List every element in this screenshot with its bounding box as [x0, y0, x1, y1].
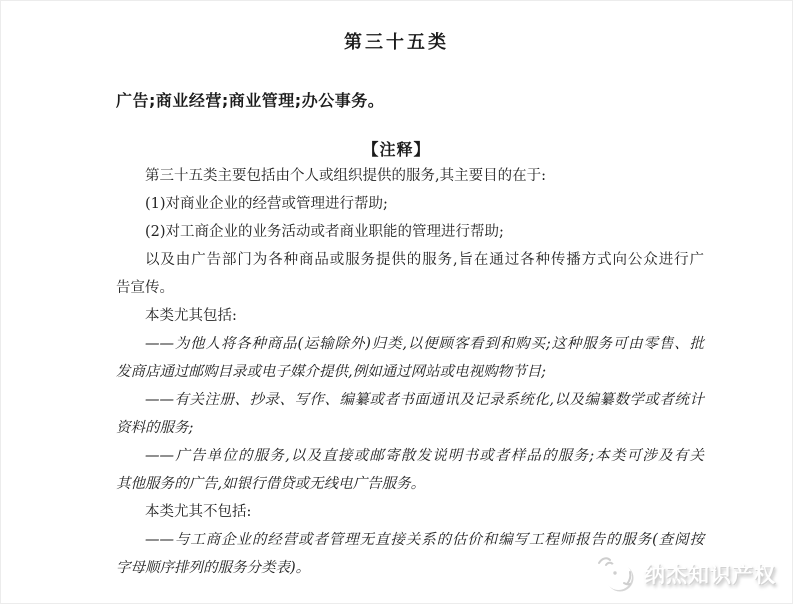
text-line: ——广告单位的服务,以及直接或邮寄散发说明书或者样品的服务;本类可涉及有关: [116, 442, 704, 470]
text-line: (2)对工商企业的业务活动或者商业职能的管理进行帮助;: [116, 218, 704, 246]
text-line: 本类尤其包括:: [116, 302, 704, 330]
text-line: 告宣传。: [116, 274, 704, 302]
watermark-text: 纳杰知识产权: [644, 559, 776, 589]
class-heading: 广告;商业经营;商业管理;办公事务。: [116, 88, 384, 111]
text-line: 发商店通过邮购目录或电子媒介提供,例如通过网站或电视购物节目;: [116, 358, 704, 386]
note-section-title: 【注释】: [1, 137, 792, 160]
text-line: ——为他人将各种商品(运输除外)归类,以便顾客看到和购买;这种服务可由零售、批: [116, 330, 704, 358]
text-line: (1)对商业企业的经营或管理进行帮助;: [116, 190, 704, 218]
note-body: 第三十五类主要包括由个人或组织提供的服务,其主要目的在于:(1)对商业企业的经营…: [116, 162, 704, 582]
text-line: 第三十五类主要包括由个人或组织提供的服务,其主要目的在于:: [116, 162, 704, 190]
text-line: 其他服务的广告,如银行借贷或无线电广告服务。: [116, 470, 704, 498]
text-line: ——有关注册、抄录、写作、编纂或者书面通讯及记录系统化,以及编纂数学或者统计: [116, 386, 704, 414]
document-page: 第三十五类 广告;商业经营;商业管理;办公事务。 【注释】 第三十五类主要包括由…: [0, 0, 793, 604]
text-line: ——与工商企业的经营或者管理无直接关系的估价和编写工程师报告的服务(查阅按: [116, 526, 704, 554]
page-title: 第三十五类: [1, 28, 792, 54]
text-line: 以及由广告部门为各种商品或服务提供的服务,旨在通过各种传播方式向公众进行广: [116, 246, 704, 274]
text-line: 本类尤其不包括:: [116, 498, 704, 526]
text-line: 资料的服务;: [116, 414, 704, 442]
najie-bird-logo-icon: [594, 553, 640, 595]
watermark: 纳杰知识产权: [594, 553, 776, 595]
